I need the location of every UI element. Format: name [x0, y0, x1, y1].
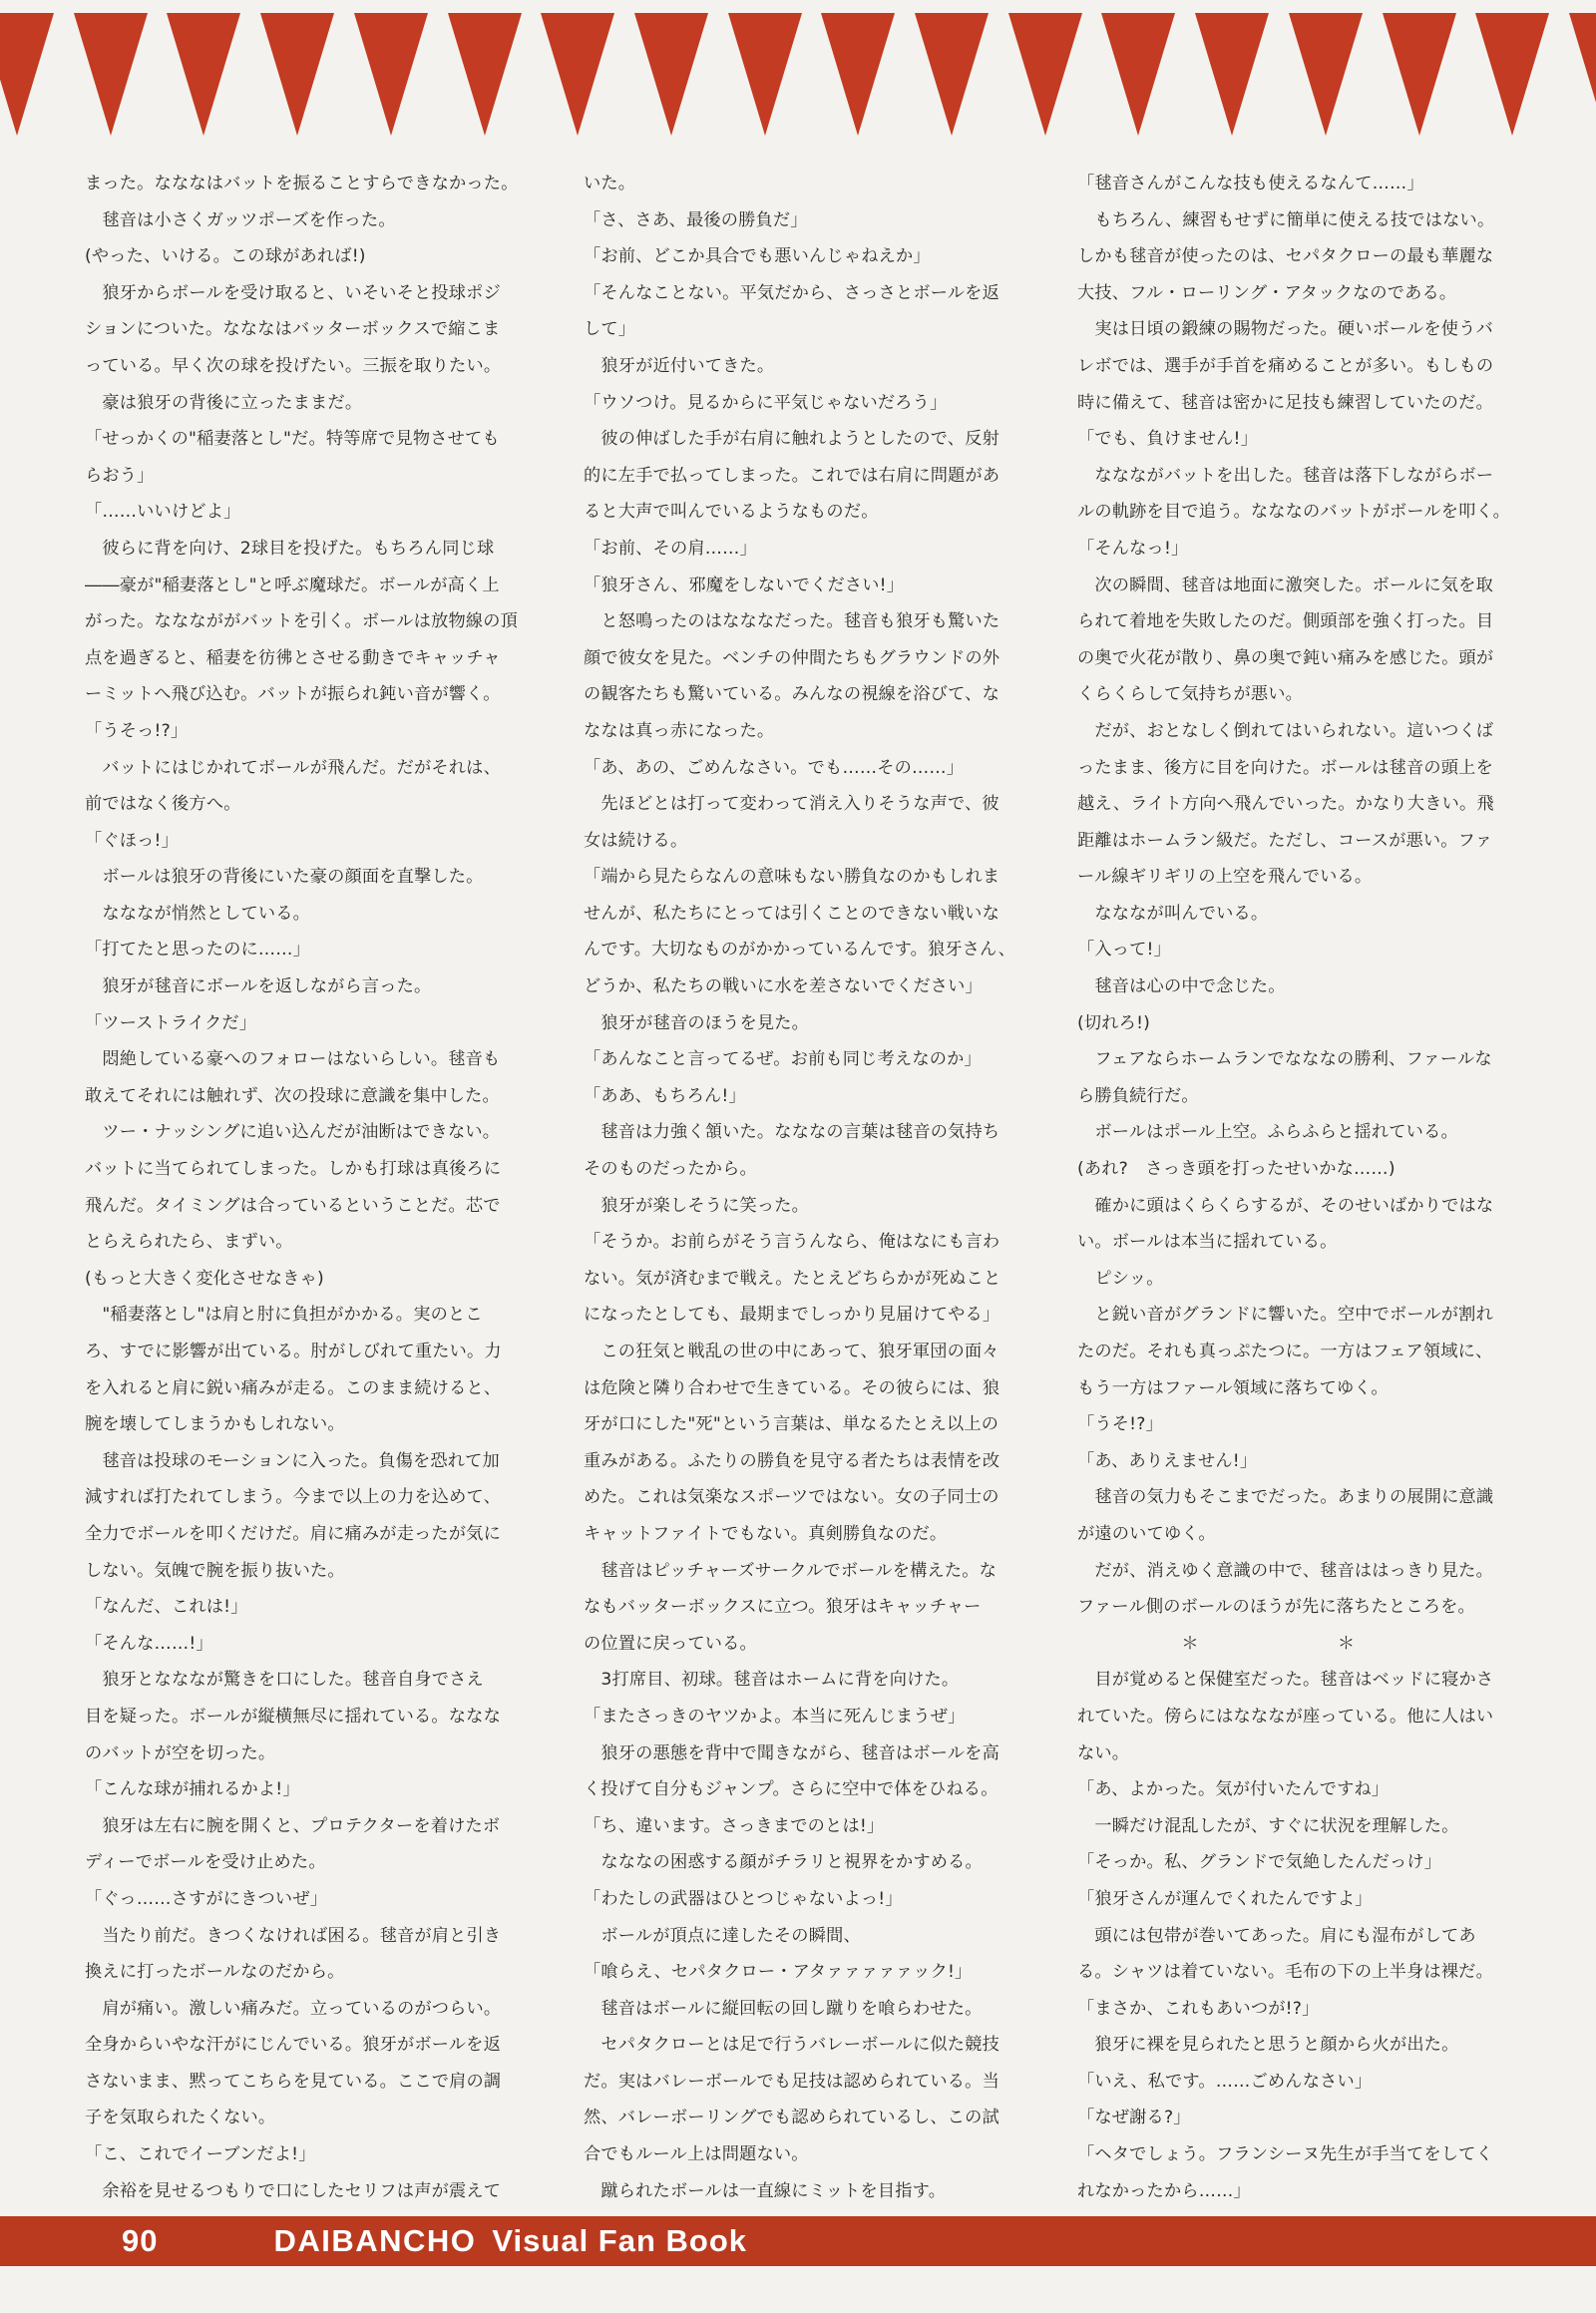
- text-line: なななが悄然としている。: [85, 896, 526, 933]
- text-line: 先ほどとは打って変わって消え入りそうな声で、彼: [584, 786, 1024, 823]
- text-line: しない。気魄で腕を振り抜いた。: [85, 1553, 526, 1590]
- text-line: 「そんなことない。平気だから、さっさとボールを返: [584, 275, 1024, 312]
- pennant-triangle-icon: [167, 13, 240, 136]
- book-title: Visual Fan Book: [492, 2223, 747, 2259]
- text-column-left: まった。なななはバットを振ることすらできなかった。 毬音は小さくガッツポーズを作…: [85, 166, 526, 2209]
- text-line: と怒鳴ったのはなななだった。毬音も狼牙も驚いた: [584, 603, 1024, 640]
- text-line: 次の瞬間、毬音は地面に激突した。ボールに気を取: [1077, 568, 1518, 604]
- text-line: 「ヘタでしょう。フランシーヌ先生が手当てをしてく: [1077, 2136, 1518, 2173]
- text-line: レボでは、選手が手首を痛めることが多い。もしもの: [1077, 348, 1518, 385]
- text-line: 「そうか。お前らがそう言うんなら、俺はなにも言わ: [584, 1224, 1024, 1261]
- text-line: 「喰らえ、セパタクロー・アタァァァァァック!」: [584, 1954, 1024, 1991]
- text-line: ボールが頂点に達したその瞬間、: [584, 1918, 1024, 1955]
- text-line: 肩が痛い。激しい痛みだ。立っているのがつらい。: [85, 1991, 526, 2028]
- text-line: っている。早く次の球を投げたい。三振を取りたい。: [85, 348, 526, 385]
- text-line: 一瞬だけ混乱したが、すぐに状況を理解した。: [1077, 1808, 1518, 1845]
- text-line: 毬音は心の中で念じた。: [1077, 968, 1518, 1005]
- text-line: 「狼牙さん、邪魔をしないでください!」: [584, 568, 1024, 604]
- text-line: 全力でボールを叩くだけだ。肩に痛みが走ったが気に: [85, 1516, 526, 1553]
- text-line: 顔で彼女を見た。ベンチの仲間たちもグラウンドの外: [584, 640, 1024, 677]
- text-line: 「そんなっ!」: [1077, 531, 1518, 568]
- text-line: セパタクローとは足で行うバレーボールに似た競技: [584, 2027, 1024, 2064]
- text-line: る。シャツは着ていない。毛布の下の上半身は裸だ。: [1077, 1954, 1518, 1991]
- text-line: 「なんだ、これは!」: [85, 1589, 526, 1626]
- text-line: だ。実はバレーボールでも足技は認められている。当: [584, 2064, 1024, 2101]
- text-line: 狼牙は左右に腕を開くと、プロテクターを着けたボ: [85, 1808, 526, 1845]
- pennant-triangle-icon: [1101, 13, 1175, 136]
- text-line: 「あ、よかった。気が付いたんですね」: [1077, 1771, 1518, 1808]
- text-line: 悶絶している豪へのフォローはないらしい。毬音も: [85, 1041, 526, 1078]
- text-line: ＊ ＊: [1077, 1626, 1518, 1663]
- text-line: 換えに打ったボールなのだから。: [85, 1954, 526, 1991]
- text-line: (あれ? さっき頭を打ったせいかな……): [1077, 1151, 1518, 1188]
- text-line: 「まさか、これもあいつが!?」: [1077, 1991, 1518, 2028]
- text-line: 豪は狼牙の背後に立ったままだ。: [85, 385, 526, 422]
- text-line: の位置に戻っている。: [584, 1626, 1024, 1663]
- text-line: まった。なななはバットを振ることすらできなかった。: [85, 166, 526, 202]
- text-line: だが、消えゆく意識の中で、毬音ははっきり見た。: [1077, 1553, 1518, 1590]
- text-line: 減すれば打たれてしまう。今まで以上の力を込めて、: [85, 1479, 526, 1516]
- text-line: がった。なななががバットを引く。ボールは放物線の頂: [85, 603, 526, 640]
- pennant-triangle-icon: [74, 13, 148, 136]
- text-line: 合でもルール上は問題ない。: [584, 2136, 1024, 2173]
- text-line: とらえられたら、まずい。: [85, 1224, 526, 1261]
- text-line: 点を過ぎると、稲妻を彷彿とさせる動きでキャッチャ: [85, 640, 526, 677]
- text-line: 「うそ!?」: [1077, 1406, 1518, 1443]
- text-line: しかも毬音が使ったのは、セパタクローの最も華麗な: [1077, 238, 1518, 275]
- text-line: い。ボールは本当に揺れている。: [1077, 1224, 1518, 1261]
- text-line: 「こんな球が捕れるかよ!」: [85, 1771, 526, 1808]
- text-line: どうか、私たちの戦いに水を差さないでください」: [584, 968, 1024, 1005]
- pennant-triangle-icon: [1383, 13, 1456, 136]
- text-line: 「またさっきのヤツかよ。本当に死んじまうぜ」: [584, 1699, 1024, 1735]
- text-line: 「そっか。私、グランドで気絶したんだっけ」: [1077, 1844, 1518, 1881]
- text-line: 毬音はピッチャーズサークルでボールを構えた。な: [584, 1553, 1024, 1590]
- text-line: 毬音は力強く頷いた。なななの言葉は毬音の気持ち: [584, 1114, 1024, 1151]
- text-line: れていた。傍らにはなななが座っている。他に人はい: [1077, 1699, 1518, 1735]
- text-line: ルの軌跡を目で追う。なななのバットがボールを叩く。: [1077, 494, 1518, 531]
- text-line: 毬音は投球のモーションに入った。負傷を恐れて加: [85, 1443, 526, 1480]
- text-line: いた。: [584, 166, 1024, 202]
- text-line: せんが、私たちにとっては引くことのできない戦いな: [584, 896, 1024, 933]
- text-line: 彼らに背を向け、2球目を投げた。もちろん同じ球: [85, 531, 526, 568]
- text-line: 当たり前だ。きつくなければ困る。毬音が肩と引き: [85, 1918, 526, 1955]
- text-line: 子を気取られたくない。: [85, 2100, 526, 2136]
- pennant-triangle-icon: [634, 13, 708, 136]
- text-line: ななながバットを出した。毬音は落下しながらボー: [1077, 458, 1518, 495]
- text-line: 「ぐほっ!」: [85, 823, 526, 860]
- text-line: くらくらして気持ちが悪い。: [1077, 676, 1518, 713]
- pennant-triangle-icon: [354, 13, 428, 136]
- text-line: 「狼牙さんが運んでくれたんですよ」: [1077, 1881, 1518, 1918]
- text-line: ――豪が"稲妻落とし"と呼ぶ魔球だ。ボールが高く上: [85, 568, 526, 604]
- text-line: ると大声で叫んでいるようなものだ。: [584, 494, 1024, 531]
- text-line: 毬音はボールに縦回転の回し蹴りを喰らわせた。: [584, 1991, 1024, 2028]
- text-line: 「うそっ!?」: [85, 713, 526, 750]
- text-line: ななは真っ赤になった。: [584, 713, 1024, 750]
- text-line: 毬音の気力もそこまでだった。あまりの展開に意識: [1077, 1479, 1518, 1516]
- text-line: ない。気が済むまで戦え。たとえどちらかが死ぬこと: [584, 1261, 1024, 1298]
- text-line: 狼牙に裸を見られたと思うと顔から火が出た。: [1077, 2027, 1518, 2064]
- text-line: 「お前、どこか具合でも悪いんじゃねえか」: [584, 238, 1024, 275]
- text-line: んです。大切なものがかかっているんです。狼牙さん、: [584, 932, 1024, 968]
- text-line: もちろん、練習もせずに簡単に使える技ではない。: [1077, 202, 1518, 239]
- text-line: 「せっかくの"稲妻落とし"だ。特等席で見物させても: [85, 421, 526, 458]
- text-line: そのものだったから。: [584, 1151, 1024, 1188]
- text-line: 3打席目、初球。毬音はホームに背を向けた。: [584, 1662, 1024, 1699]
- text-line: ーミットへ飛び込む。バットが振られ鈍い音が響く。: [85, 676, 526, 713]
- text-line: 確かに頭はくらくらするが、そのせいばかりではな: [1077, 1188, 1518, 1225]
- text-line: 「なぜ謝る?」: [1077, 2100, 1518, 2136]
- text-line: 越え、ライト方向へ飛んでいった。かなり大きい。飛: [1077, 786, 1518, 823]
- text-line: ボールは狼牙の背後にいた豪の顔面を直撃した。: [85, 859, 526, 896]
- text-line: (もっと大きく変化させなきゃ): [85, 1261, 526, 1298]
- text-line: ボールはポール上空。ふらふらと揺れている。: [1077, 1114, 1518, 1151]
- text-line: 「あ、ありえません!」: [1077, 1443, 1518, 1480]
- text-line: (やった、いける。この球があれば!): [85, 238, 526, 275]
- pennant-triangle-icon: [728, 13, 802, 136]
- text-line: ファール側のボールのほうが先に落ちたところを。: [1077, 1589, 1518, 1626]
- footer-bar: 90 DAIBANCHO Visual Fan Book: [0, 2216, 1596, 2266]
- text-line: 「ああ、もちろん!」: [584, 1078, 1024, 1115]
- text-line: 狼牙が毬音にボールを返しながら言った。: [85, 968, 526, 1005]
- text-line: 「お前、その肩……」: [584, 531, 1024, 568]
- text-line: "稲妻落とし"は肩と肘に負担がかかる。実のとこ: [85, 1297, 526, 1334]
- text-line: 目が覚めると保健室だった。毬音はベッドに寝かさ: [1077, 1662, 1518, 1699]
- pennant-triangle-icon: [1289, 13, 1363, 136]
- text-line: だが、おとなしく倒れてはいられない。這いつくば: [1077, 713, 1518, 750]
- text-line: 毬音は小さくガッツポーズを作った。: [85, 202, 526, 239]
- text-line: して」: [584, 311, 1024, 348]
- text-line: (切れろ!): [1077, 1005, 1518, 1042]
- pennant-triangle-icon: [1569, 13, 1596, 136]
- text-line: 狼牙が毬音のほうを見た。: [584, 1005, 1024, 1042]
- text-line: 「そんな……!」: [85, 1626, 526, 1663]
- book-brand: DAIBANCHO: [273, 2223, 476, 2259]
- pennant-triangle-icon: [1475, 13, 1549, 136]
- book-page: まった。なななはバットを振ることすらできなかった。 毬音は小さくガッツポーズを作…: [0, 0, 1596, 2313]
- text-line: なななが叫んでいる。: [1077, 896, 1518, 933]
- text-line: 「あ、あの、ごめんなさい。でも……その……」: [584, 750, 1024, 787]
- pennant-triangle-icon: [915, 13, 989, 136]
- text-line: 「毬音さんがこんな技も使えるなんて……」: [1077, 166, 1518, 202]
- text-line: の奥で火花が散り、鼻の奥で鈍い痛みを感じた。頭が: [1077, 640, 1518, 677]
- text-line: 頭には包帯が巻いてあった。肩にも湿布がしてあ: [1077, 1918, 1518, 1955]
- text-line: 然、バレーボーリングでも認められているし、この試: [584, 2100, 1024, 2136]
- text-line: 「いえ、私です。……ごめんなさい」: [1077, 2064, 1518, 2101]
- text-line: 蹴られたボールは一直線にミットを目指す。: [584, 2173, 1024, 2210]
- text-line: く投げて自分もジャンプ。さらに空中で体をひねる。: [584, 1771, 1024, 1808]
- text-line: バットにはじかれてボールが飛んだ。だがそれは、: [85, 750, 526, 787]
- text-line: 「わたしの武器はひとつじゃないよっ!」: [584, 1881, 1024, 1918]
- text-line: 「……いいけどよ」: [85, 494, 526, 531]
- text-line: と鋭い音がグランドに響いた。空中でボールが割れ: [1077, 1297, 1518, 1334]
- text-line: ディーでボールを受け止めた。: [85, 1844, 526, 1881]
- pennant-triangle-icon: [1008, 13, 1082, 136]
- text-line: られて着地を失敗したのだ。側頭部を強く打った。目: [1077, 603, 1518, 640]
- text-line: 「ち、違います。さっきまでのとは!」: [584, 1808, 1024, 1845]
- text-line: ったまま、後方に目を向けた。ボールは毬音の頭上を: [1077, 750, 1518, 787]
- text-line: 的に左手で払ってしまった。これでは右肩に問題があ: [584, 458, 1024, 495]
- text-line: 「端から見たらなんの意味もない勝負なのかもしれま: [584, 859, 1024, 896]
- text-line: 余裕を見せるつもりで口にしたセリフは声が震えて: [85, 2173, 526, 2210]
- text-line: は危険と隣り合わせで生きている。その彼らには、狼: [584, 1370, 1024, 1407]
- pennant-triangle-icon: [1195, 13, 1269, 136]
- text-line: 腕を壊してしまうかもしれない。: [85, 1406, 526, 1443]
- pennant-triangle-icon: [448, 13, 522, 136]
- text-line: 距離はホームラン級だ。ただし、コースが悪い。ファ: [1077, 823, 1518, 860]
- text-line: になったとしても、最期までしっかり見届けてやる」: [584, 1297, 1024, 1334]
- text-line: めた。これは気楽なスポーツではない。女の子同士の: [584, 1479, 1024, 1516]
- text-line: 大技、フル・ローリング・アタックなのである。: [1077, 275, 1518, 312]
- text-line: キャットファイトでもない。真剣勝負なのだ。: [584, 1516, 1024, 1553]
- text-line: 女は続ける。: [584, 823, 1024, 860]
- text-line: れなかったから……」: [1077, 2173, 1518, 2210]
- text-line: 目を疑った。ボールが縦横無尽に揺れている。ななな: [85, 1699, 526, 1735]
- pennant-triangle-icon: [0, 13, 54, 136]
- text-line: ら勝負続行だ。: [1077, 1078, 1518, 1115]
- text-line: 「でも、負けません!」: [1077, 421, 1518, 458]
- text-line: 実は日頃の鍛練の賜物だった。硬いボールを使うバ: [1077, 311, 1518, 348]
- pennant-triangle-icon: [260, 13, 334, 136]
- text-line: が遠のいてゆく。: [1077, 1516, 1518, 1553]
- pennant-triangle-icon: [541, 13, 614, 136]
- text-column-middle: いた。「さ、さあ、最後の勝負だ」「お前、どこか具合でも悪いんじゃねえか」「そんな…: [584, 166, 1024, 2209]
- text-line: この狂気と戦乱の世の中にあって、狼牙軍団の面々: [584, 1334, 1024, 1370]
- text-line: なもバッターボックスに立つ。狼牙はキャッチャー: [584, 1589, 1024, 1626]
- text-line: 彼の伸ばした手が右肩に触れようとしたので、反射: [584, 421, 1024, 458]
- text-line: 時に備えて、毬音は密かに足技も練習していたのだ。: [1077, 385, 1518, 422]
- text-line: 狼牙の悪態を背中で聞きながら、毬音はボールを高: [584, 1735, 1024, 1772]
- text-line: 狼牙からボールを受け取ると、いそいそと投球ポジ: [85, 275, 526, 312]
- text-line: 敢えてそれには触れず、次の投球に意識を集中した。: [85, 1078, 526, 1115]
- text-line: ろ、すでに影響が出ている。肘がしびれて重たい。力: [85, 1334, 526, 1370]
- text-line: フェアならホームランでなななの勝利、ファールな: [1077, 1041, 1518, 1078]
- text-line: 「ぐっ……さすがにきついぜ」: [85, 1881, 526, 1918]
- text-line: 「打てたと思ったのに……」: [85, 932, 526, 968]
- text-line: 前ではなく後方へ。: [85, 786, 526, 823]
- text-line: ない。: [1077, 1735, 1518, 1772]
- text-line: 狼牙が近付いてきた。: [584, 348, 1024, 385]
- text-line: ール線ギリギリの上空を飛んでいる。: [1077, 859, 1518, 896]
- text-line: 「入って!」: [1077, 932, 1518, 968]
- text-line: なななの困惑する顔がチラリと視界をかすめる。: [584, 1844, 1024, 1881]
- text-line: のバットが空を切った。: [85, 1735, 526, 1772]
- text-line: ションについた。なななはバッターボックスで縮こま: [85, 311, 526, 348]
- text-line: 重みがある。ふたりの勝負を見守る者たちは表情を改: [584, 1443, 1024, 1480]
- text-line: 牙が口にした"死"という言葉は、単なるたとえ以上の: [584, 1406, 1024, 1443]
- text-line: もう一方はファール領域に落ちてゆく。: [1077, 1370, 1518, 1407]
- text-line: 狼牙となななが驚きを口にした。毬音自身でさえ: [85, 1662, 526, 1699]
- pennant-triangle-icon: [821, 13, 895, 136]
- text-line: さないまま、黙ってこちらを見ている。ここで肩の調: [85, 2064, 526, 2101]
- text-line: の観客たちも驚いている。みんなの視線を浴びて、な: [584, 676, 1024, 713]
- text-line: 「あんなこと言ってるぜ。お前も同じ考えなのか」: [584, 1041, 1024, 1078]
- text-line: 全身からいやな汗がにじんでいる。狼牙がボールを返: [85, 2027, 526, 2064]
- text-line: たのだ。それも真っぷたつに。一方はフェア領域に、: [1077, 1334, 1518, 1370]
- text-line: 「ウソつけ。見るからに平気じゃないだろう」: [584, 385, 1024, 422]
- text-line: 飛んだ。タイミングは合っているということだ。芯で: [85, 1188, 526, 1225]
- text-line: ツー・ナッシングに追い込んだが油断はできない。: [85, 1114, 526, 1151]
- page-number: 90: [122, 2223, 158, 2259]
- text-line: 「ツーストライクだ」: [85, 1005, 526, 1042]
- text-line: ピシッ。: [1077, 1261, 1518, 1298]
- text-column-right: 「毬音さんがこんな技も使えるなんて……」 もちろん、練習もせずに簡単に使える技で…: [1077, 166, 1518, 2209]
- text-line: 「さ、さあ、最後の勝負だ」: [584, 202, 1024, 239]
- text-line: 「こ、これでイーブンだよ!」: [85, 2136, 526, 2173]
- pennant-banner-row: [0, 0, 1596, 150]
- text-line: を入れると肩に鋭い痛みが走る。このまま続けると、: [85, 1370, 526, 1407]
- text-line: 狼牙が楽しそうに笑った。: [584, 1188, 1024, 1225]
- text-line: らおう」: [85, 458, 526, 495]
- text-line: バットに当てられてしまった。しかも打球は真後ろに: [85, 1151, 526, 1188]
